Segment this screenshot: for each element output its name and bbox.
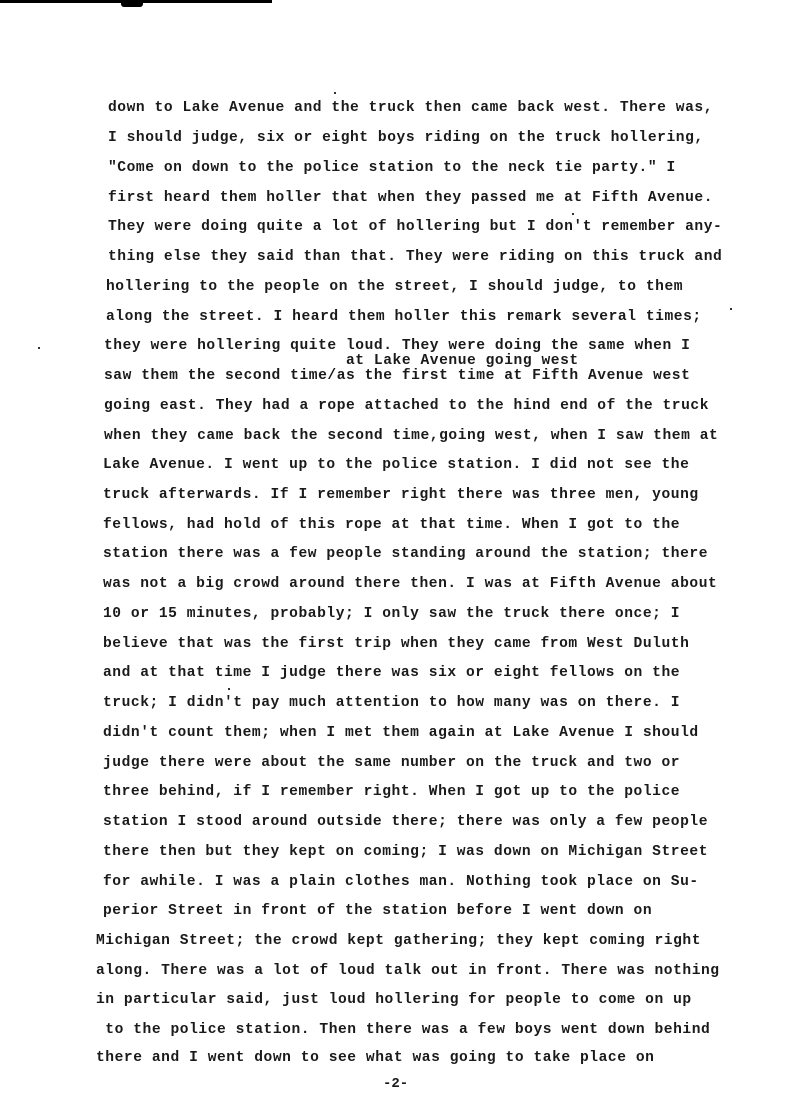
text-line: first heard them holler that when they p…: [108, 190, 713, 206]
text-line: station there was a few people standing …: [103, 546, 708, 562]
text-line: to the police station. Then there was a …: [96, 1022, 710, 1038]
text-line: for awhile. I was a plain clothes man. N…: [103, 874, 699, 890]
text-line: believe that was the first trip when the…: [103, 636, 689, 652]
text-line: perior Street in front of the station be…: [103, 903, 652, 919]
text-line: down to Lake Avenue and the truck then c…: [108, 100, 713, 116]
text-line: hollering to the people on the street, I…: [106, 279, 683, 295]
text-line: didn't count them; when I met them again…: [103, 725, 699, 741]
text-line: 10 or 15 minutes, probably; I only saw t…: [103, 606, 680, 622]
text-line: truck afterwards. If I remember right th…: [103, 487, 699, 503]
scan-speck: [572, 213, 574, 215]
text-line: going east. They had a rope attached to …: [104, 398, 709, 414]
text-line: "Come on down to the police station to t…: [108, 160, 676, 176]
text-line: truck; I didn't pay much attention to ho…: [103, 695, 680, 711]
text-line: there and I went down to see what was go…: [96, 1050, 654, 1066]
text-line: station I stood around outside there; th…: [103, 814, 708, 830]
text-line: judge there were about the same number o…: [103, 755, 680, 771]
text-line: saw them the second time/as the first ti…: [104, 368, 690, 384]
text-line: They were doing quite a lot of hollering…: [108, 219, 722, 235]
page-number: -2-: [383, 1076, 408, 1092]
text-line: they were hollering quite loud. They wer…: [104, 338, 690, 354]
text-line: along the street. I heard them holler th…: [106, 309, 702, 325]
text-line: I should judge, six or eight boys riding…: [108, 130, 704, 146]
text-line: and at that time I judge there was six o…: [103, 665, 680, 681]
scan-speck: [38, 347, 40, 349]
scan-speck: [334, 92, 336, 94]
text-line: Michigan Street; the crowd kept gatherin…: [96, 933, 701, 949]
scan-speck: [730, 308, 732, 310]
interlinear-insertion: at Lake Avenue going west: [346, 353, 579, 369]
text-line: Lake Avenue. I went up to the police sta…: [103, 457, 689, 473]
text-line: was not a big crowd around there then. I…: [103, 576, 717, 592]
typed-document-page: down to Lake Avenue and the truck then c…: [0, 0, 800, 1099]
scan-speck: [228, 688, 230, 690]
text-line: in particular said, just loud hollering …: [96, 992, 692, 1008]
text-line: fellows, had hold of this rope at that t…: [103, 517, 680, 533]
text-line: there then but they kept on coming; I wa…: [103, 844, 708, 860]
text-line: when they came back the second time,goin…: [104, 428, 718, 444]
text-line: along. There was a lot of loud talk out …: [96, 963, 720, 979]
text-line: three behind, if I remember right. When …: [103, 784, 680, 800]
text-line: thing else they said than that. They wer…: [108, 249, 722, 265]
